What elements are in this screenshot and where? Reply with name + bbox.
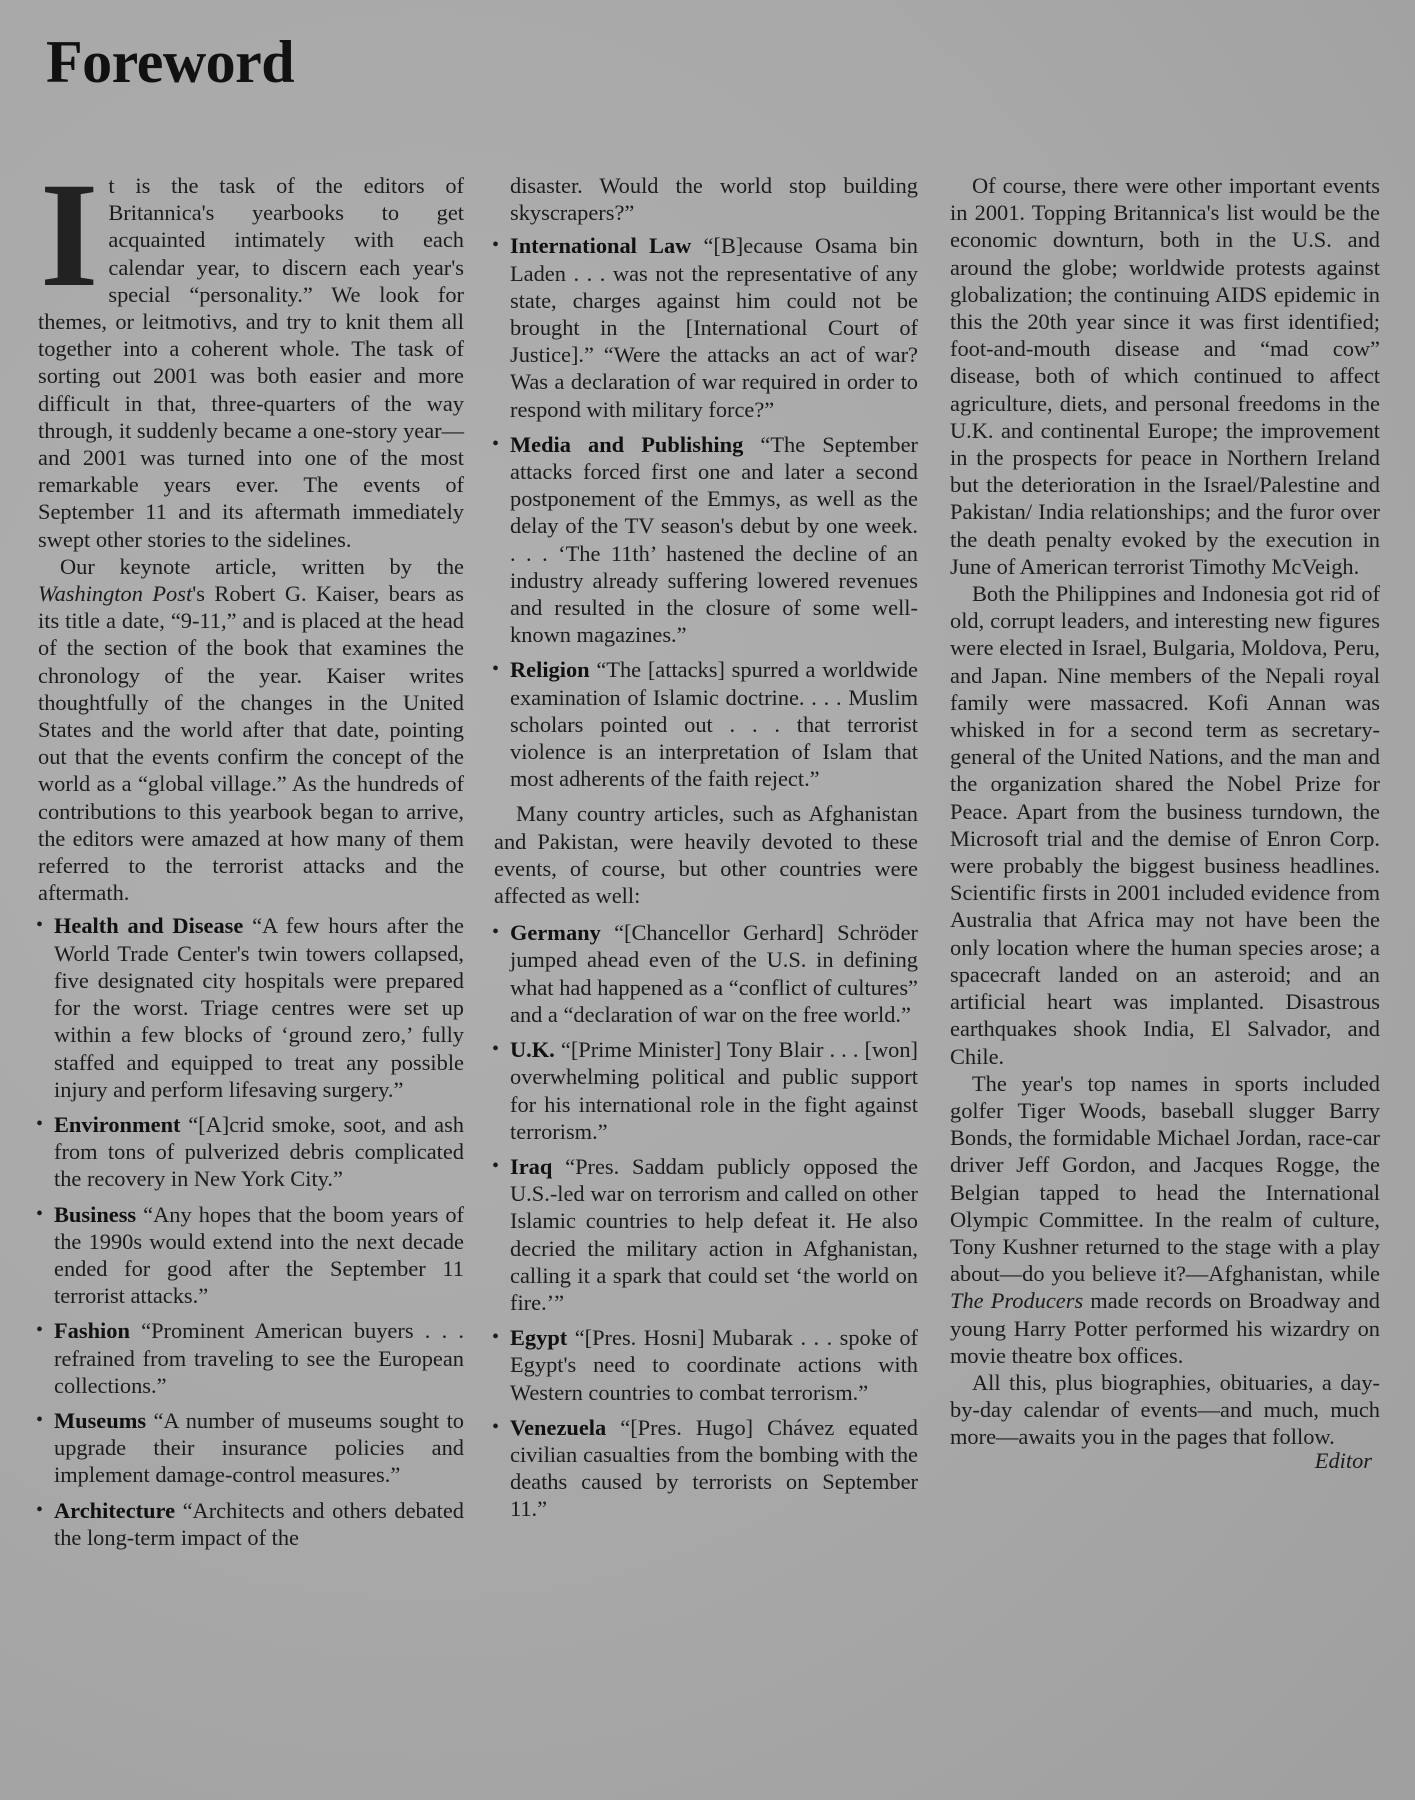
topic-list: International Law “[B]ecause Osama bin L…	[494, 232, 918, 792]
intro-paragraph: It is the task of the editors of Britann…	[38, 172, 464, 553]
editor-signature: Editor	[950, 1447, 1380, 1474]
country-item: Germany “[Chancellor Gerhard] Schröder j…	[494, 919, 918, 1028]
topic-label: Fashion	[54, 1318, 130, 1343]
drop-cap: I	[40, 176, 98, 296]
sports-culture-paragraph: The year's top names in sports included …	[950, 1070, 1380, 1369]
country-label: U.K.	[510, 1037, 555, 1062]
continuation-text: disaster. Would the world stop building …	[494, 172, 918, 226]
country-label: Venezuela	[510, 1415, 606, 1440]
column-3: Of course, there were other important ev…	[950, 172, 1380, 1474]
topic-item: Architecture “Architects and others deba…	[38, 1497, 464, 1551]
country-item: Egypt “[Pres. Hosni] Mubarak . . . spoke…	[494, 1324, 918, 1406]
politics-paragraph: Both the Philippines and Indonesia got r…	[950, 580, 1380, 1070]
topic-item: Environment “[A]crid smoke, soot, and as…	[38, 1111, 464, 1193]
page-title: Foreword	[46, 28, 294, 97]
topic-label: Museums	[54, 1408, 146, 1433]
topic-item: Fashion “Prominent American buyers . . .…	[38, 1317, 464, 1399]
topic-label: Health and Disease	[54, 913, 243, 938]
topic-item: Media and Publishing “The September atta…	[494, 431, 918, 649]
column-1: It is the task of the editors of Britann…	[38, 172, 464, 1559]
topic-label: Architecture	[54, 1498, 175, 1523]
topic-item: Religion “The [attacks] spurred a worldw…	[494, 656, 918, 792]
closing-paragraph: All this, plus biographies, obituaries, …	[950, 1369, 1380, 1451]
column-2: disaster. Would the world stop building …	[494, 172, 918, 1531]
keynote-paragraph: Our keynote article, written by the Wash…	[38, 553, 464, 907]
topic-label: International Law	[510, 233, 691, 258]
country-label: Egypt	[510, 1325, 567, 1350]
show-title: The Producers	[950, 1288, 1083, 1313]
topic-label: Business	[54, 1202, 136, 1227]
topic-item: International Law “[B]ecause Osama bin L…	[494, 232, 918, 422]
country-item: U.K. “[Prime Minister] Tony Blair . . . …	[494, 1036, 918, 1145]
topic-label: Environment	[54, 1112, 180, 1137]
other-events-paragraph: Of course, there were other important ev…	[950, 172, 1380, 580]
country-item: Venezuela “[Pres. Hugo] Chávez equated c…	[494, 1414, 918, 1523]
topic-list: Health and Disease “A few hours after th…	[38, 912, 464, 1550]
topic-item: Business “Any hopes that the boom years …	[38, 1201, 464, 1310]
country-label: Iraq	[510, 1154, 552, 1179]
topic-label: Religion	[510, 657, 590, 682]
publication-name: Washington Post	[38, 581, 192, 606]
topic-item: Health and Disease “A few hours after th…	[38, 912, 464, 1102]
country-item: Iraq “Pres. Saddam publicly opposed the …	[494, 1153, 918, 1316]
country-label: Germany	[510, 920, 601, 945]
country-list: Germany “[Chancellor Gerhard] Schröder j…	[494, 919, 918, 1522]
topic-label: Media and Publishing	[510, 432, 743, 457]
countries-intro: Many country articles, such as Afghanist…	[494, 800, 918, 909]
topic-item: Museums “A number of museums sought to u…	[38, 1407, 464, 1489]
